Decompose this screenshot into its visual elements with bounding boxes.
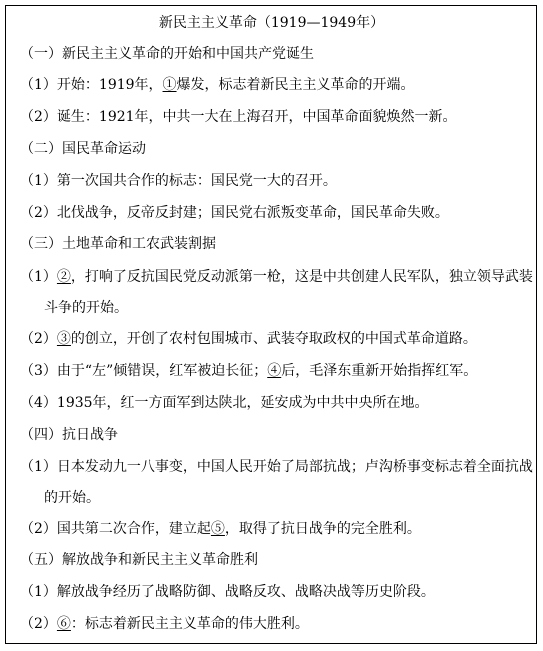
item-text: ：标志着新民主主义革命的伟大胜利。 (71, 616, 309, 632)
list-item-continuation: 斗争的开始。 (44, 297, 128, 319)
section-heading: （二）国民革命运动 (20, 138, 146, 160)
section-heading: （三）土地革命和工农武装割据 (20, 233, 216, 255)
fill-blank: ⑤ (211, 521, 225, 537)
item-text: （3）由于“左”倾错误，红军被迫长征； (20, 363, 267, 379)
section-heading: （一）新民主主义革命的开始和中国共产党诞生 (20, 43, 314, 65)
section-heading: （五）解放战争和新民主主义革命胜利 (20, 549, 258, 571)
fill-blank: ③ (57, 331, 71, 347)
list-item: （1）解放战争经历了战略防御、战略反攻、战略决战等历史阶段。 (20, 581, 435, 603)
list-item: （1）第一次国共合作的标志：国民党一大的召开。 (20, 170, 337, 192)
item-text: ，取得了抗日战争的完全胜利。 (225, 521, 421, 537)
fill-blank: ① (163, 77, 177, 93)
item-text: 爆发，标志着新民主主义革命的开端。 (177, 77, 415, 93)
item-text: 后，毛泽东重新开始指挥红军。 (281, 363, 477, 379)
list-item: （2）北伐战争，反帝反封建；国民党右派叛变革命，国民革命失败。 (20, 202, 449, 224)
list-item: （2）⑥：标志着新民主主义革命的伟大胜利。 (20, 613, 309, 635)
item-text: （2）国共第二次合作，建立起 (20, 521, 211, 537)
item-text: 的创立，开创了农村包围城市、武装夺取政权的中国式革命道路。 (71, 331, 477, 347)
item-text: （1） (20, 269, 57, 285)
item-text: （1）开始：1919年， (20, 77, 163, 93)
item-text: （2） (20, 331, 57, 347)
list-item: （1）②，打响了反抗国民党反动派第一枪，这是中共创建人民军队，独立领导武装 (20, 266, 533, 288)
list-item: （1）开始：1919年，①爆发，标志着新民主主义革命的开端。 (20, 74, 415, 96)
item-text: ，打响了反抗国民党反动派第一枪，这是中共创建人民军队，独立领导武装 (71, 269, 533, 285)
fill-blank: ② (57, 269, 71, 285)
list-item: （2）诞生：1921年，中共一大在上海召开，中国革命面貌焕然一新。 (20, 106, 457, 128)
list-item: （2）③的创立，开创了农村包围城市、武装夺取政权的中国式革命道路。 (20, 328, 477, 350)
fill-blank: ④ (267, 363, 281, 379)
fill-blank: ⑥ (57, 616, 71, 632)
list-item: （3）由于“左”倾错误，红军被迫长征；④后，毛泽东重新开始指挥红军。 (20, 360, 477, 382)
list-item-continuation: 的开始。 (44, 487, 100, 509)
page-title: 新民主主义革命（1919—1949年） (0, 12, 543, 34)
item-text: （2） (20, 616, 57, 632)
section-heading: （四）抗日战争 (20, 424, 118, 446)
list-item: （2）国共第二次合作，建立起⑤，取得了抗日战争的完全胜利。 (20, 518, 421, 540)
list-item: （1）日本发动九一八事变，中国人民开始了局部抗战；卢沟桥事变标志着全面抗战 (20, 456, 533, 478)
list-item: （4）1935年，红一方面军到达陕北，延安成为中共中央所在地。 (20, 392, 429, 414)
